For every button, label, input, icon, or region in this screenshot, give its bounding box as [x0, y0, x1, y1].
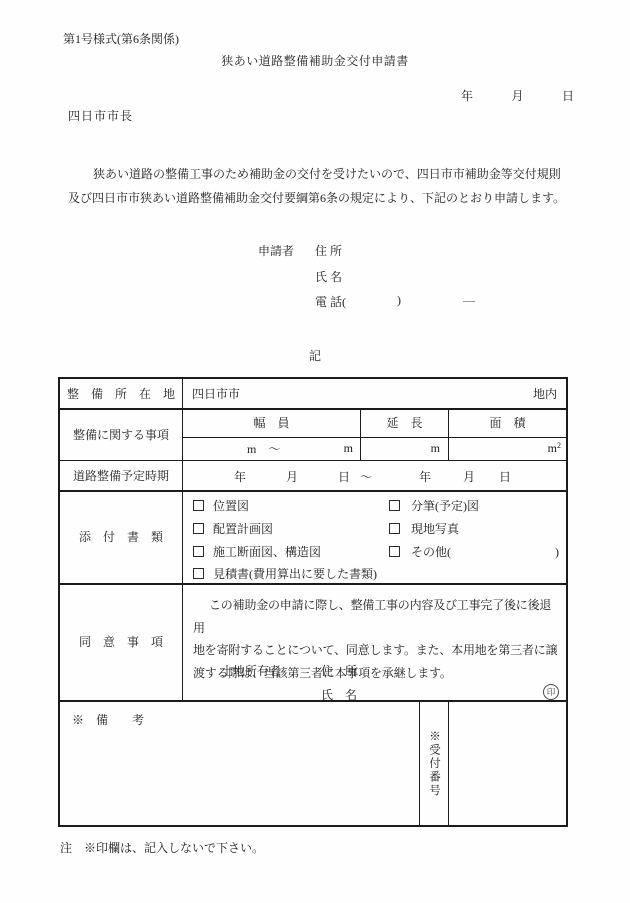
length-value-cell: m	[361, 437, 448, 460]
footnote: 注 ※印欄は、記入しないで下さい。	[60, 839, 264, 856]
schedule-label: 道路整備予定時期	[60, 460, 182, 490]
attachment-item-label: 配置計画図	[213, 522, 273, 536]
checkbox-location-map-icon[interactable]	[193, 500, 204, 511]
date-line: 年 月 日	[461, 87, 574, 104]
receipt-number-label: ※受付番号	[426, 730, 442, 798]
location-value-cell: 四日市市 地内	[183, 379, 566, 408]
length-header: 延 長	[361, 409, 448, 436]
receipt-number-label-cell: ※受付番号	[419, 700, 449, 827]
receipt-number-value-cell	[449, 700, 566, 827]
width-value-cell: m ～ m	[183, 437, 360, 460]
remarks-label: ※ 備 考	[72, 713, 144, 727]
attachments-cell: 位置図 配置計画図 施工断面図、構造図 見積書(費用算出に要した書類) 分筆(予…	[183, 490, 566, 583]
application-table: 整 備 所 在 地 四日市市 地内 整備に関する事項 幅 員 延 長 面 積 m…	[58, 377, 568, 827]
addressee: 四日市市長	[68, 107, 133, 124]
schedule-year2: 年	[419, 468, 431, 485]
schedule-tilde: ～	[360, 468, 372, 485]
consent-label: 同 意 事 項	[60, 583, 182, 700]
location-label: 整 備 所 在 地	[60, 379, 182, 408]
inkan-seal-icon: 印	[543, 684, 559, 700]
attachment-item-label: 見積書(費用算出に要した書類)	[213, 567, 377, 581]
checkbox-layout-plan-icon[interactable]	[193, 523, 204, 534]
location-suffix: 地内	[533, 385, 557, 402]
consent-line-2: 地を寄附することについて、同意します。また、本用地を第三者に譲	[193, 639, 559, 662]
applicant-name-label: 氏 名	[315, 268, 342, 285]
statement-line-1: 狭あい道路の整備工事のため補助金の交付を受けたいので、四日市市補助金等交付規則	[68, 163, 570, 187]
location-city-prefix: 四日市市	[192, 385, 240, 402]
form-title: 狭あい道路整備補助金交付申請書	[0, 52, 630, 69]
checkbox-subdivision-map-icon[interactable]	[389, 500, 400, 511]
date-year-label: 年	[461, 87, 473, 104]
applicant-phone-dash: ―	[463, 293, 475, 308]
checkbox-cross-section-icon[interactable]	[193, 546, 204, 557]
applicant-phone-paren: )	[397, 293, 401, 308]
consent-line-1: この補助金の申請に際し、整備工事の内容及び工事完了後に後退用	[193, 594, 559, 639]
schedule-month2: 月	[463, 468, 475, 485]
date-day-label: 日	[562, 87, 574, 104]
area-unit: m2	[548, 441, 561, 456]
applicant-address-label: 住 所	[315, 242, 342, 259]
applicant-phone-label: 電 話(	[315, 293, 346, 310]
width-to-unit: m	[344, 441, 353, 456]
area-header: 面 積	[449, 409, 566, 436]
length-unit: m	[431, 441, 440, 456]
attachments-label: 添 付 書 類	[60, 490, 182, 583]
checkbox-site-photo-icon[interactable]	[389, 523, 400, 534]
remarks-cell: ※ 備 考	[60, 700, 419, 827]
checkbox-estimate-icon[interactable]	[193, 568, 204, 579]
schedule-day2: 日	[499, 468, 511, 485]
area-value-cell: m2	[449, 437, 566, 460]
attachment-item-label: 施工断面図、構造図	[213, 545, 321, 559]
schedule-value-cell: 年 月 日 ～ 年 月 日	[183, 460, 566, 490]
width-header: 幅 員	[183, 409, 360, 436]
applicant-label: 申請者	[258, 242, 294, 259]
attachment-item-label: 位置図	[213, 499, 249, 513]
schedule-year1: 年	[234, 468, 246, 485]
schedule-day1: 日	[338, 468, 350, 485]
attachment-item-label: 現地写真	[411, 522, 459, 536]
attachment-item-label: 分筆(予定)図	[411, 499, 479, 513]
application-statement: 狭あい道路の整備工事のため補助金の交付を受けたいので、四日市市補助金等交付規則 …	[68, 163, 570, 210]
date-month-label: 月	[511, 87, 523, 104]
statement-line-2: 及び四日市市狭あい道路整備補助金交付要綱第6条の規定により、下記のとおり申請しま…	[68, 187, 570, 211]
schedule-month1: 月	[286, 468, 298, 485]
checkbox-other-icon[interactable]	[389, 546, 400, 557]
improvement-label: 整備に関する事項	[60, 408, 182, 460]
consent-cell: この補助金の申請に際し、整備工事の内容及び工事完了後に後退用 地を寄附することに…	[183, 583, 566, 700]
record-heading: 記	[0, 347, 630, 364]
landowner-label: 土地所有者	[221, 662, 281, 679]
landowner-address-label: 住 所	[321, 662, 357, 679]
form-number: 第1号様式(第6条関係)	[63, 30, 179, 47]
application-form-page: 第1号様式(第6条関係) 狭あい道路整備補助金交付申請書 年 月 日 四日市市長…	[0, 0, 630, 903]
attachment-other-close-paren: )	[555, 545, 559, 559]
attachment-other-label: その他(	[411, 545, 451, 559]
width-from-unit: m ～	[247, 440, 280, 457]
